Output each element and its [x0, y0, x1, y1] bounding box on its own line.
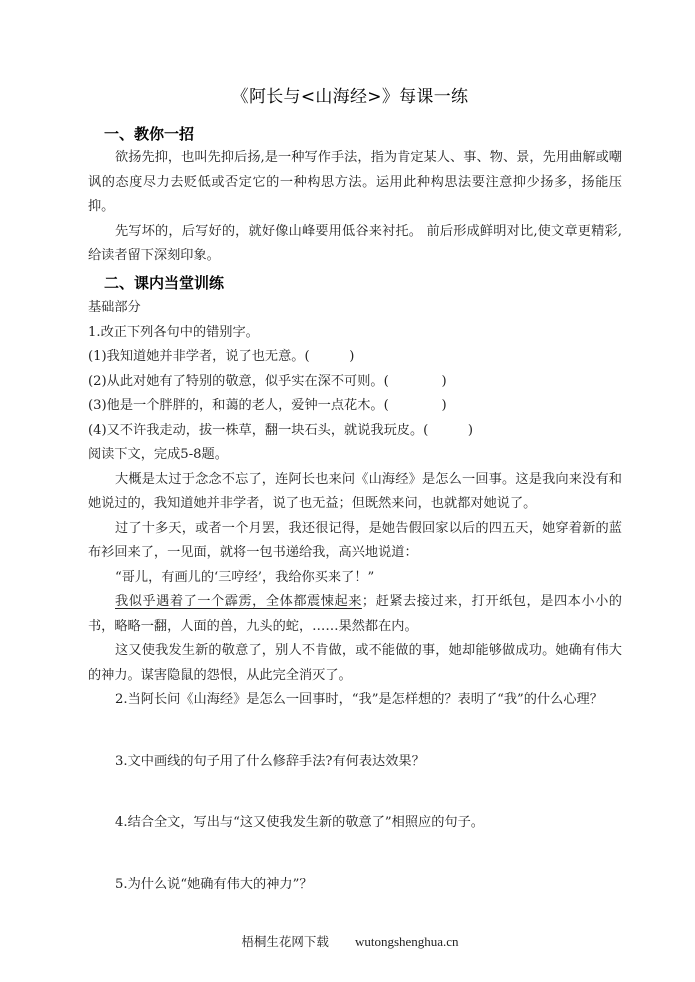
- section-heading-practice: 二、课内当堂训练: [104, 273, 224, 293]
- underlined-sentence: 我似乎遇着了一个霹雳，全体都震悚起来: [115, 594, 362, 609]
- question-1-item: (1)我知道她并非学者，说了也无意。( ): [88, 345, 622, 370]
- paragraph-technique-definition: 欲扬先抑，也叫先抑后扬,是一种写作手法，指为肯定某人、事、物、景，先用曲解或嘲讽…: [88, 146, 622, 220]
- question-1-item: (4)又不许我走动，拔一株草，翻一块石头，就说我玩皮。( ): [88, 419, 622, 444]
- document-title: 《阿长与<山海经>》每课一练: [0, 86, 695, 108]
- footer-site-link[interactable]: wutongshenghua.cn: [355, 934, 459, 949]
- subheading-basics: 基础部分: [88, 296, 622, 321]
- question-1-item: (3)他是一个胖胖的，和蔼的老人，爱钟一点花木。( ): [88, 394, 622, 419]
- paragraph-technique-example: 先写坏的，后写好的，就好像山峰要用低谷来衬托。 前后形成鲜明对比,使文章更精彩,…: [88, 220, 622, 269]
- question-2: 2.当阿长问《山海经》是怎么一回事时，“我”是怎样想的？表明了“我”的什么心理？: [88, 688, 622, 713]
- document-page: 《阿长与<山海经>》每课一练 一、教你一招 欲扬先抑，也叫先抑后扬,是一种写作手…: [0, 0, 695, 982]
- section-teach-body: 欲扬先抑，也叫先抑后扬,是一种写作手法，指为肯定某人、事、物、景，先用曲解或嘲讽…: [88, 146, 622, 269]
- question-1-prompt: 1.改正下列各句中的错别字。: [88, 321, 622, 346]
- answer-space: [88, 713, 622, 750]
- question-3: 3.文中画线的句子用了什么修辞手法?有何表达效果？: [88, 750, 622, 775]
- passage-paragraph-2: 过了十多天，或者一个月罢，我还很记得，是她告假回家以后的四五天，她穿着新的蓝布衫…: [88, 517, 622, 566]
- passage-paragraph-3: “哥儿，有画儿的‘三哼经’，我给你买来了！”: [88, 566, 622, 591]
- reading-intro: 阅读下文，完成5-8题。: [88, 443, 622, 468]
- passage-paragraph-1: 大概是太过于念念不忘了，连阿长也来问《山海经》是怎么一回事。这是我向来没有和她说…: [88, 468, 622, 517]
- question-4: 4.结合全文，写出与“这又使我发生新的敬意了”相照应的句子。: [88, 811, 622, 836]
- answer-space: [88, 836, 622, 873]
- passage-paragraph-4: 我似乎遇着了一个霹雳，全体都震悚起来；赶紧去接过来，打开纸包，是四本小小的书，略…: [88, 590, 622, 639]
- section-heading-teach: 一、教你一招: [104, 124, 194, 144]
- question-1-item: (2)从此对她有了特别的敬意，似乎实在深不可则。( ): [88, 370, 622, 395]
- passage-paragraph-5: 这又使我发生新的敬意了，别人不肯做，或不能做的事，她却能够做成功。她确有伟大的神…: [88, 639, 622, 688]
- footer-source: 梧桐生花网下载: [241, 934, 329, 949]
- section-practice-body: 基础部分 1.改正下列各句中的错别字。 (1)我知道她并非学者，说了也无意。( …: [88, 296, 622, 897]
- page-footer: 梧桐生花网下载wutongshenghua.cn: [0, 932, 695, 950]
- question-5: 5.为什么说“她确有伟大的神力”？: [88, 873, 622, 898]
- answer-space: [88, 774, 622, 811]
